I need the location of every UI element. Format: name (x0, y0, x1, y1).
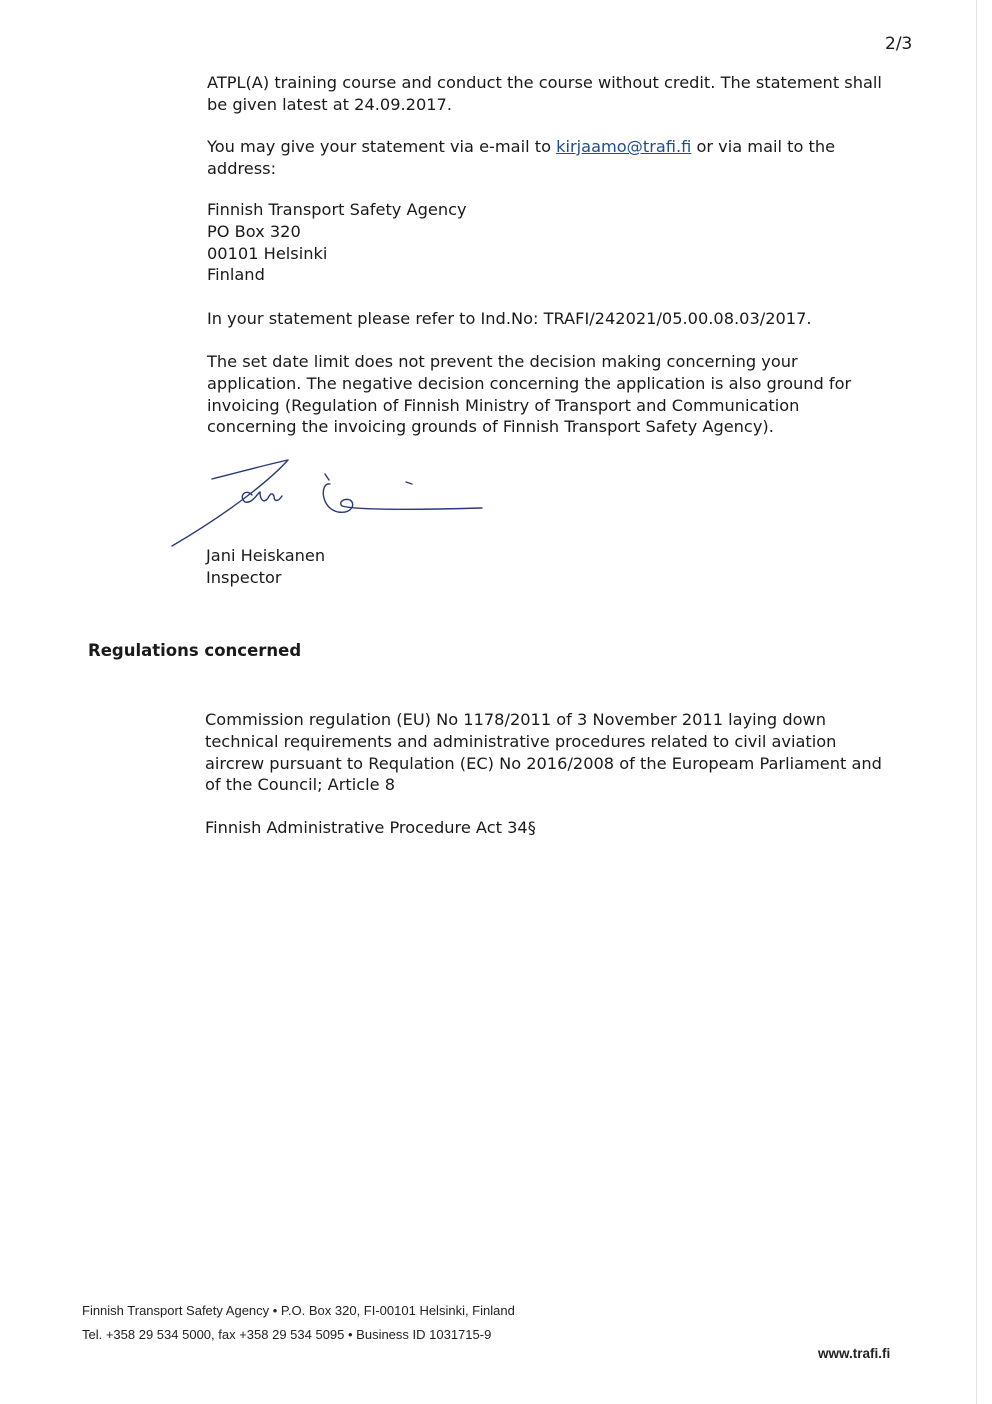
regulation-line: of the Council; Article 8 (205, 774, 917, 796)
regulation-item: Commission regulation (EU) No 1178/2011 … (205, 709, 917, 796)
reference-paragraph: In your statement please refer to Ind.No… (207, 308, 917, 330)
paragraph-line: ATPL(A) training course and conduct the … (207, 72, 917, 94)
page-number: 2/3 (885, 34, 912, 54)
invoicing-paragraph: The set date limit does not prevent the … (207, 351, 917, 438)
signer-block: Jani Heiskanen Inspector (206, 545, 325, 589)
reference-line: In your statement please refer to Ind.No… (207, 308, 917, 330)
regulations-heading: Regulations concerned (88, 641, 301, 660)
contact-text: You may give your statement via e-mail t… (207, 137, 556, 156)
footer-contact: Tel. +358 29 534 5000, fax +358 29 534 5… (82, 1327, 491, 1342)
address-line: 00101 Helsinki (207, 243, 917, 265)
paragraph-line: application. The negative decision conce… (207, 373, 917, 395)
regulation-line: Finnish Administrative Procedure Act 34§ (205, 817, 917, 839)
regulation-line: aircrew pursuant to Requlation (EC) No 2… (205, 753, 917, 775)
footer-website: www.trafi.fi (818, 1346, 890, 1361)
paragraph-line: address: (207, 158, 917, 180)
paragraph-line: be given latest at 24.09.2017. (207, 94, 917, 116)
paragraph-line: invoicing (Regulation of Finnish Ministr… (207, 395, 917, 417)
email-link[interactable]: kirjaamo@trafi.fi (556, 137, 691, 156)
page-edge-divider (976, 0, 977, 1404)
regulation-line: Commission regulation (EU) No 1178/2011 … (205, 709, 917, 731)
contact-paragraph: You may give your statement via e-mail t… (207, 136, 917, 180)
handwritten-signature-icon (160, 450, 500, 560)
footer-address: Finnish Transport Safety Agency • P.O. B… (82, 1303, 515, 1318)
mailing-address: Finnish Transport Safety Agency PO Box 3… (207, 199, 917, 286)
paragraph-line: You may give your statement via e-mail t… (207, 136, 917, 158)
address-line: Finnish Transport Safety Agency (207, 199, 917, 221)
deadline-paragraph: ATPL(A) training course and conduct the … (207, 72, 917, 116)
contact-text: or via mail to the (691, 137, 835, 156)
regulation-line: technical requirements and administrativ… (205, 731, 917, 753)
signer-title: Inspector (206, 567, 325, 589)
procedure-act: Finnish Administrative Procedure Act 34§ (205, 817, 917, 839)
paragraph-line: concerning the invoicing grounds of Finn… (207, 416, 917, 438)
address-line: Finland (207, 264, 917, 286)
signer-name: Jani Heiskanen (206, 545, 325, 567)
paragraph-line: The set date limit does not prevent the … (207, 351, 917, 373)
address-line: PO Box 320 (207, 221, 917, 243)
